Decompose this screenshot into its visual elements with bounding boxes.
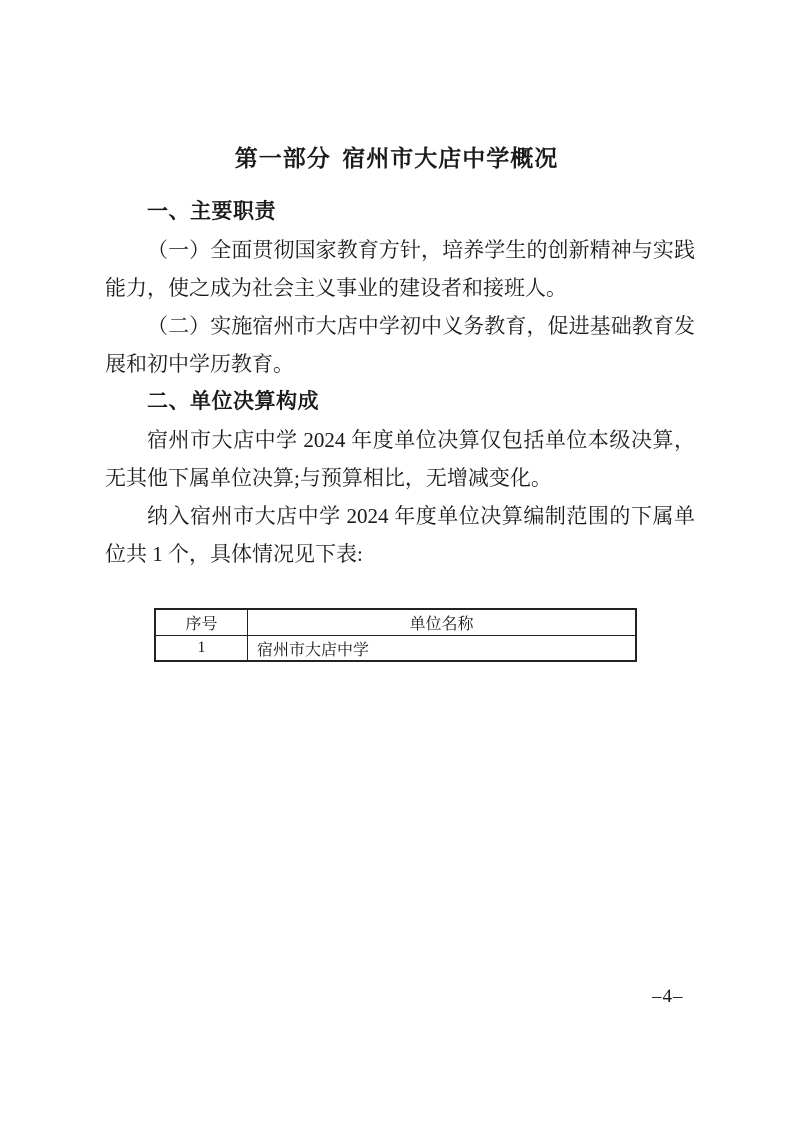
section-2-heading: 二、单位决算构成	[105, 383, 695, 421]
section-1-paragraph-1: （一）全面贯彻国家教育方针，培养学生的创新精神与实践能力，使之成为社会主义事业的…	[105, 231, 695, 307]
units-table: 序号 单位名称 1 宿州市大店中学	[154, 608, 637, 662]
section-2-paragraph-1: 宿州市大店中学 2024 年度单位决算仅包括单位本级决算，无其他下属单位决算;与…	[105, 421, 695, 497]
table-header-unit-name: 单位名称	[248, 609, 637, 636]
document-body: 一、主要职责 （一）全面贯彻国家教育方针，培养学生的创新精神与实践能力，使之成为…	[105, 193, 695, 662]
page-title: 第一部分宿州市大店中学概况	[0, 146, 793, 171]
title-part: 第一部分	[235, 145, 331, 171]
section-1-heading: 一、主要职责	[105, 193, 695, 231]
table-cell-index: 1	[155, 636, 248, 662]
table-cell-unit-name: 宿州市大店中学	[248, 636, 637, 662]
page-number: –4–	[652, 986, 684, 1008]
document-page: 第一部分宿州市大店中学概况 一、主要职责 （一）全面贯彻国家教育方针，培养学生的…	[0, 0, 793, 1122]
table-header-index: 序号	[155, 609, 248, 636]
section-2-paragraph-2: 纳入宿州市大店中学 2024 年度单位决算编制范围的下属单位共 1 个，具体情况…	[105, 497, 695, 573]
table-row: 1 宿州市大店中学	[155, 636, 636, 662]
title-suffix: 概况	[510, 146, 558, 171]
table-header-row: 序号 单位名称	[155, 609, 636, 636]
title-unit: 宿州市大店中学	[342, 145, 510, 171]
section-1-paragraph-2: （二）实施宿州市大店中学初中义务教育，促进基础教育发展和初中学历教育。	[105, 307, 695, 383]
